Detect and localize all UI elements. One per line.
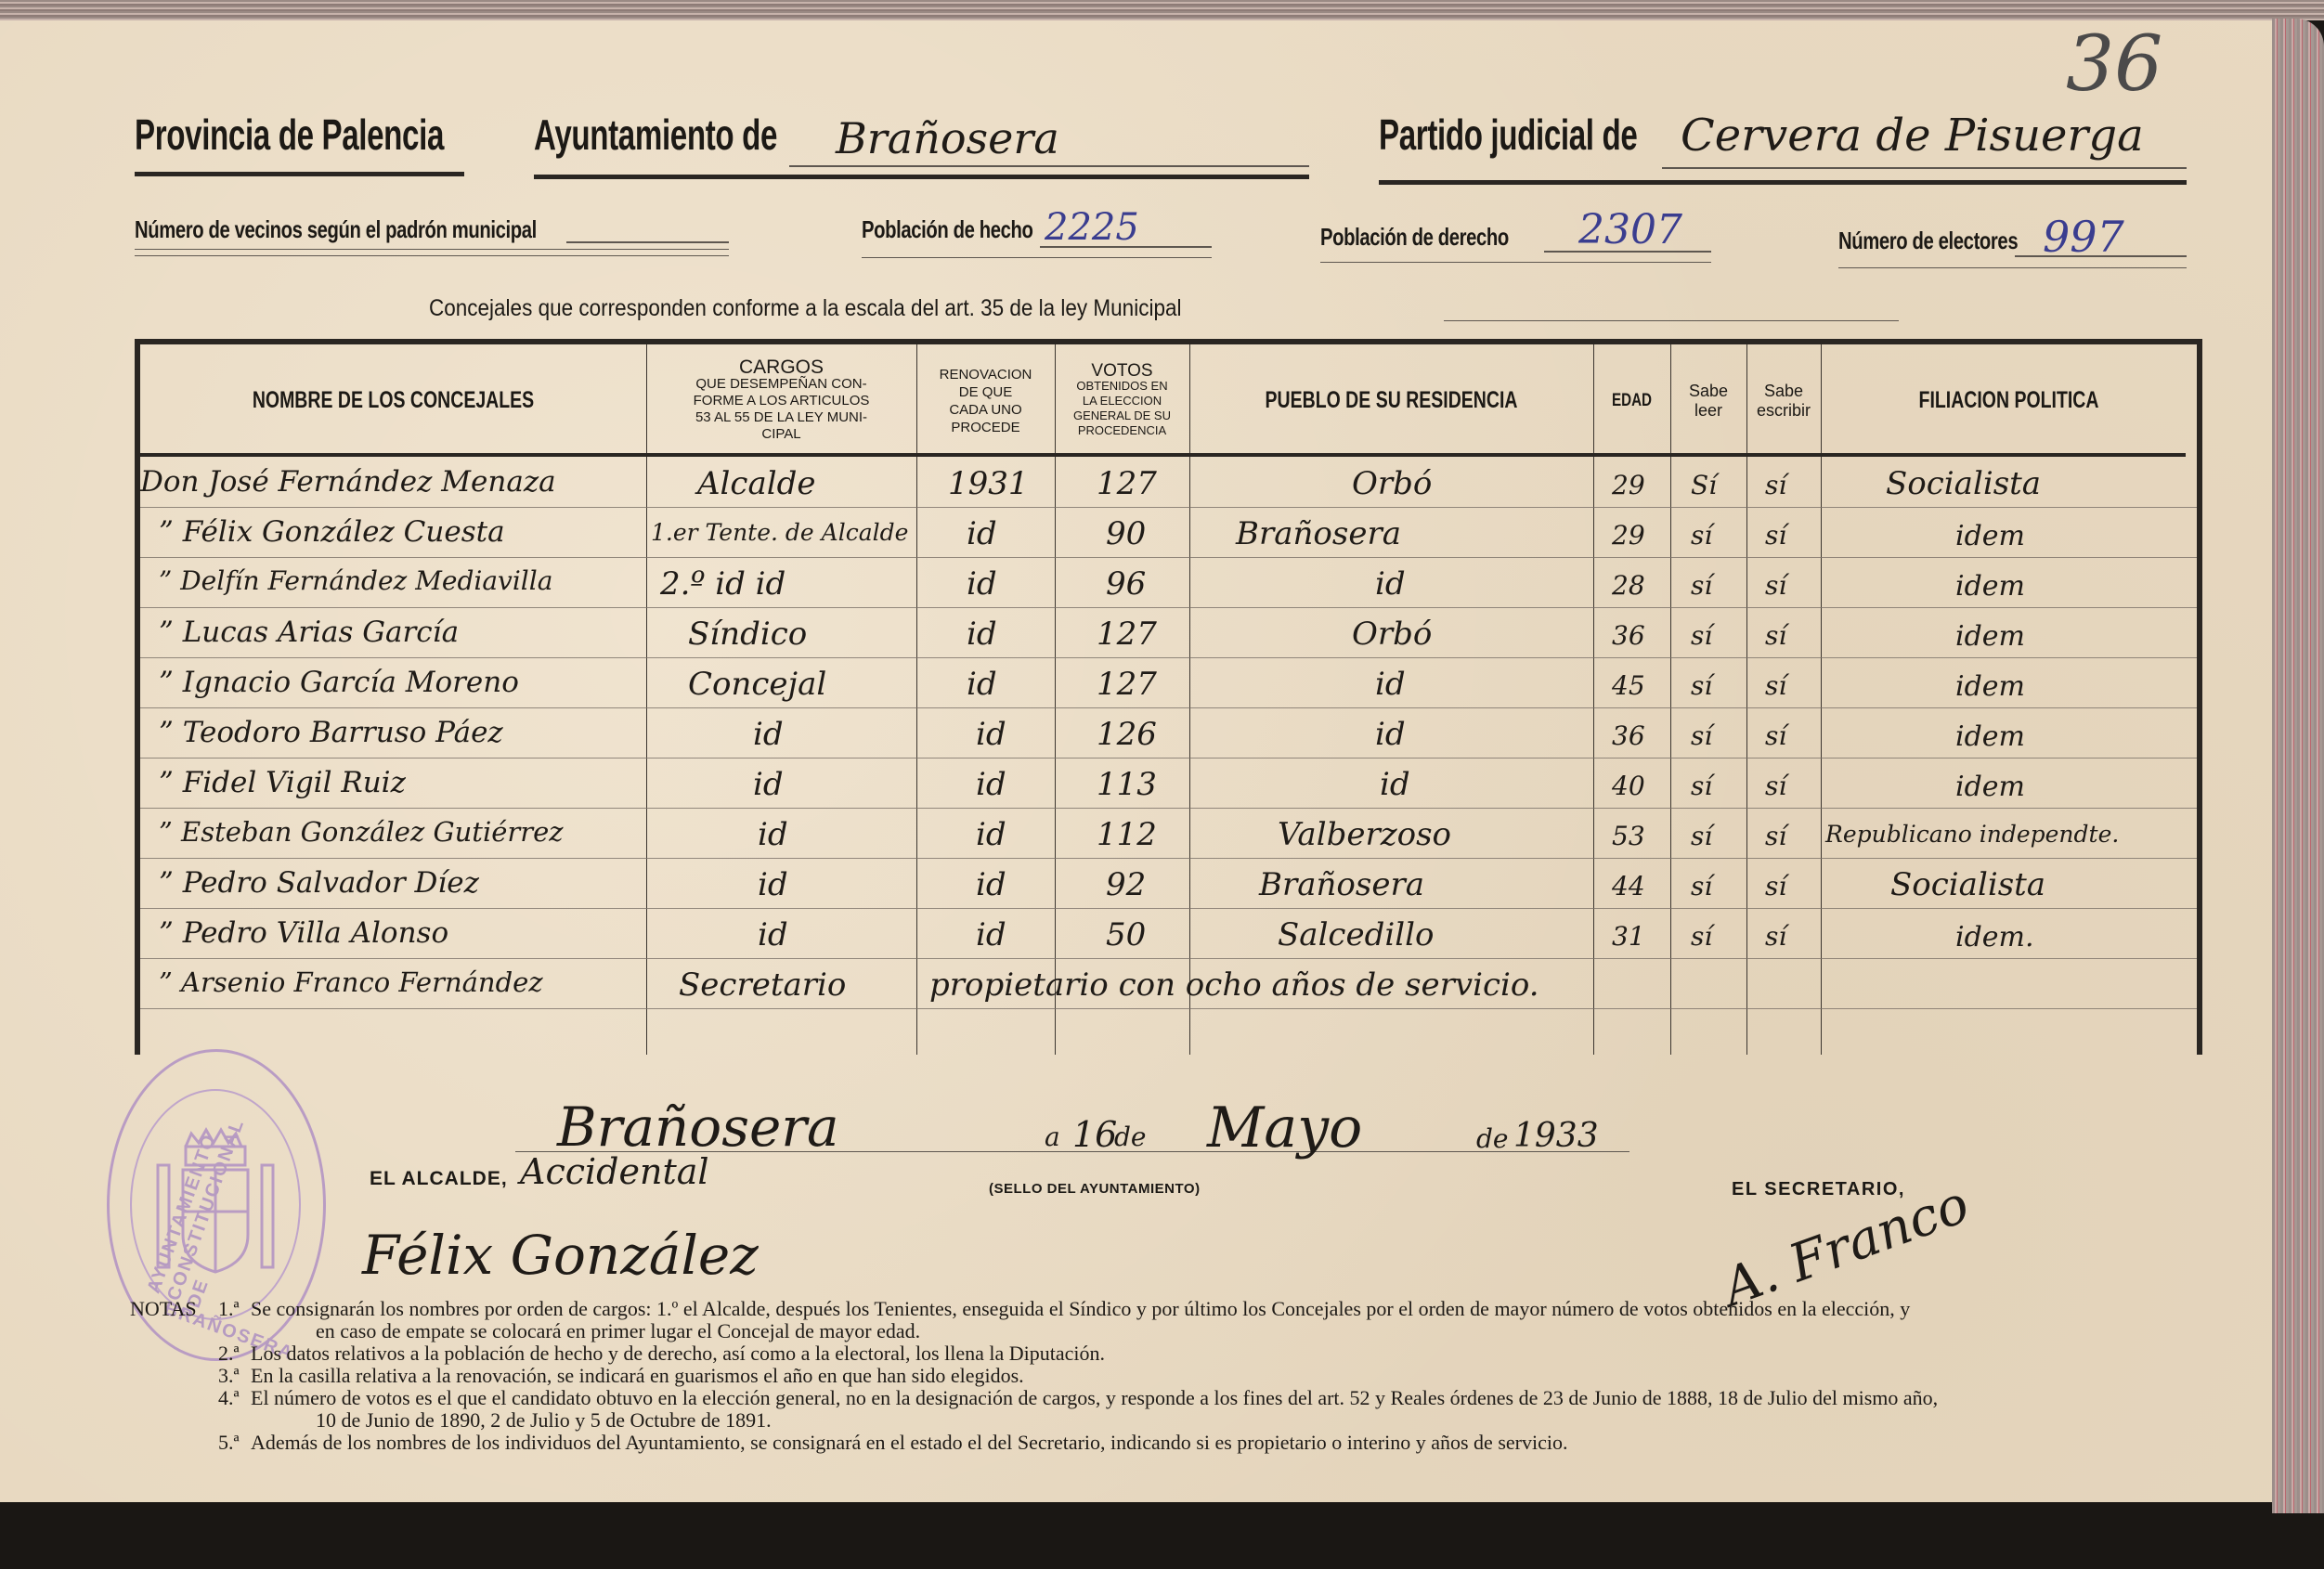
cell-cargo: Alcalde (697, 465, 816, 502)
date-de-1: de (1114, 1122, 1147, 1152)
cell-pueblo: id (1375, 716, 1406, 753)
cell-cargo: id (753, 716, 784, 753)
alcalde-label: EL ALCALDE, (370, 1168, 508, 1190)
note-text: El número de votos es el que el candidat… (251, 1386, 1938, 1409)
cell-escribir: sí (1765, 570, 1786, 601)
concejales-escala-line: Concejales que corresponden conforme a l… (429, 295, 1181, 322)
header-votos-line: OBTENIDOS EN (1076, 379, 1167, 394)
header-edad: EDAD (1601, 352, 1662, 449)
note-item: 1.ª Se consignarán los nombres por orden… (130, 1298, 1938, 1320)
cell-leer: sí (1691, 670, 1712, 701)
header-votos: VOTOS OBTENIDOS EN LA ELECCION GENERAL D… (1055, 352, 1189, 449)
header-cargos-line: FORME A LOS ARTICULOS (694, 393, 870, 409)
cell-nombre: ” Fidel Vigil Ruiz (159, 766, 406, 799)
row-rule (140, 808, 2197, 809)
note-number: 3.ª (218, 1365, 240, 1387)
col-divider (1189, 344, 1190, 1055)
cell-nombre: ” Esteban González Gutiérrez (159, 816, 564, 848)
cell-leer: sí (1691, 520, 1712, 551)
place-value: Brañosera (557, 1096, 839, 1159)
cell-renovacion: id (976, 916, 1006, 953)
book-page-edge-right (2272, 19, 2324, 1523)
header-leer-line: leer (1694, 401, 1722, 421)
cell-filiacion: idem (1955, 670, 2025, 703)
concejales-field-line (1444, 320, 1899, 321)
note-text: Además de los nombres de los individuos … (251, 1431, 1567, 1454)
note-text: En la casilla relativa a la renovación, … (251, 1364, 1024, 1387)
cell-escribir: sí (1765, 921, 1786, 952)
hecho-field-line (1040, 246, 1212, 248)
cell-leer: sí (1691, 821, 1712, 851)
cell-renovacion: id (967, 616, 997, 653)
cell-edad: 31 (1612, 921, 1645, 952)
cell-cargo: id (758, 916, 788, 953)
derecho-rule (1320, 262, 1711, 263)
header-renovacion-line: CADA UNO (949, 401, 1021, 419)
note-number: 4.ª (218, 1387, 240, 1409)
concejales-table: NOMBRE DE LOS CONCEJALES CARGOS QUE DESE… (135, 339, 2202, 1055)
cell-filiacion: idem (1955, 620, 2025, 653)
note-item: 4.ª El número de votos es el que el cand… (130, 1387, 1938, 1409)
cell-nombre: ” Delfín Fernández Mediavilla (159, 565, 552, 596)
cell-nombre: ” Lucas Arias García (159, 616, 459, 649)
electores-field-line (2015, 255, 2187, 257)
cell-renovacion: id (976, 866, 1006, 903)
header-votos-line: GENERAL DE SU (1073, 408, 1171, 423)
note-number: 5.ª (218, 1432, 240, 1454)
note-number: 1.ª (218, 1298, 240, 1320)
cell-pueblo: Brañosera (1236, 515, 1401, 552)
cell-votos: 127 (1097, 465, 1157, 502)
col-divider (1593, 344, 1594, 1055)
ayuntamiento-underline (534, 175, 1309, 179)
note-continuation: 10 de Junio de 1890, 2 de Julio y 5 de O… (130, 1409, 1938, 1432)
header-filiacion: FILIACION POLITICA (1863, 352, 2156, 449)
cell-nombre: Don José Fernández Menaza (140, 465, 556, 499)
cell-edad: 36 (1612, 620, 1645, 651)
header-escribir-line: Sabe (1764, 382, 1803, 401)
partido-field-line (1662, 167, 2187, 169)
cell-pueblo: Orbó (1352, 616, 1432, 653)
derecho-label: Población de derecho (1320, 223, 1509, 252)
cell-votos: 96 (1106, 565, 1146, 603)
header-renovacion-line: RENOVACION (940, 366, 1032, 383)
provincia-underline (135, 172, 464, 176)
vecinos-label: Número de vecinos según el padrón munici… (135, 215, 537, 244)
cell-cargo: Secretario (679, 966, 846, 1004)
cell-cargo: Síndico (688, 616, 807, 653)
note-item: 2.ª Los datos relativos a la población d… (130, 1342, 1938, 1365)
cell-escribir: sí (1765, 470, 1786, 500)
cell-filiacion: idem (1955, 570, 2025, 603)
cell-pueblo: id (1375, 565, 1406, 603)
header-cargos-line: CARGOS (739, 359, 824, 376)
cell-escribir: sí (1765, 871, 1786, 901)
secretario-label: EL SECRETARIO, (1732, 1179, 1905, 1200)
cell-votos: 92 (1106, 866, 1146, 903)
header-renovacion-line: DE QUE (959, 383, 1013, 401)
cell-edad: 36 (1612, 720, 1645, 751)
partido-underline (1379, 180, 2187, 185)
cell-filiacion: Socialista (1886, 465, 2041, 502)
electores-value: 997 (2043, 212, 2124, 262)
ayuntamiento-field-line (789, 165, 1309, 167)
cell-pueblo: id (1375, 666, 1406, 703)
book-page-edge-top (0, 0, 2324, 20)
cell-votos: 50 (1106, 916, 1146, 953)
electores-rule (1838, 267, 2187, 268)
cell-edad: 45 (1612, 670, 1645, 701)
col-divider (1055, 344, 1056, 1055)
row-rule (140, 758, 2197, 759)
cell-edad: 40 (1612, 771, 1645, 801)
cell-filiacion: idem (1955, 520, 2025, 552)
cell-filiacion: idem. (1955, 921, 2034, 953)
cell-leer: sí (1691, 570, 1712, 601)
cell-edad: 53 (1612, 821, 1645, 851)
cell-secretario-note: propietario con ocho años de servicio. (929, 966, 1539, 1004)
date-month: Mayo (1207, 1096, 1362, 1161)
cell-renovacion: id (976, 716, 1006, 753)
cell-nombre: ” Félix González Cuesta (159, 515, 505, 549)
cell-filiacion: idem (1955, 771, 2025, 803)
cell-pueblo: id (1380, 766, 1410, 803)
col-divider (916, 344, 917, 1055)
partido-value: Cervera de Pisuerga (1681, 110, 2144, 162)
header-cargos: CARGOS QUE DESEMPEÑAN CON- FORME A LOS A… (646, 352, 916, 449)
cell-nombre: ” Ignacio García Moreno (159, 666, 519, 699)
cell-edad: 29 (1612, 520, 1645, 551)
row-rule (140, 607, 2197, 608)
sello-label: (SELLO DEL AYUNTAMIENTO) (989, 1181, 1201, 1197)
date-year: 1933 (1513, 1117, 1599, 1155)
folio-number: 36 (2066, 20, 2162, 109)
hecho-value: 2225 (1045, 206, 1139, 249)
hecho-rule (862, 257, 1212, 258)
cell-votos: 127 (1097, 616, 1157, 653)
note-number: 2.ª (218, 1342, 240, 1365)
cell-pueblo: Salcedillo (1278, 916, 1434, 953)
cell-votos: 90 (1106, 515, 1146, 552)
row-rule (140, 858, 2197, 859)
cell-escribir: sí (1765, 720, 1786, 751)
date-day: 16 (1072, 1114, 1117, 1155)
note-item: 3.ª En la casilla relativa a la renovaci… (130, 1365, 1938, 1387)
vecinos-rule-1 (135, 249, 729, 250)
header-cargos-line: QUE DESEMPEÑAN CON- (695, 376, 866, 393)
cell-leer: sí (1691, 771, 1712, 801)
cell-leer: sí (1691, 720, 1712, 751)
note-continuation: en caso de empate se colocará en primer … (130, 1320, 1938, 1342)
cell-edad: 44 (1612, 871, 1645, 901)
cell-leer: sí (1691, 620, 1712, 651)
cell-filiacion: idem (1955, 720, 2025, 753)
cell-nombre: ” Arsenio Franco Fernández (159, 966, 543, 998)
row-rule (140, 1008, 2197, 1009)
vecinos-field-line (566, 241, 729, 243)
row-rule (140, 657, 2197, 658)
ayuntamiento-value: Brañosera (836, 113, 1059, 163)
row-rule (140, 707, 2197, 708)
cell-leer: Sí (1691, 470, 1717, 500)
cell-votos: 126 (1097, 716, 1157, 753)
header-underline (140, 453, 2186, 457)
scan-background (0, 1513, 2324, 1569)
note-text: Se consignarán los nombres por orden de … (251, 1297, 1910, 1320)
derecho-field-line (1544, 251, 1711, 253)
col-divider (646, 344, 647, 1055)
derecho-value: 2307 (1578, 206, 1682, 253)
cell-renovacion: id (976, 766, 1006, 803)
cell-leer: sí (1691, 921, 1712, 952)
note-item: 5.ª Además de los nombres de los individ… (130, 1432, 1938, 1454)
header-nombre: NOMBRE DE LOS CONCEJALES (196, 352, 591, 449)
cell-edad: 28 (1612, 570, 1645, 601)
cell-edad: 29 (1612, 470, 1645, 500)
alcalde-accidental: Accidental (520, 1151, 709, 1192)
header-cargos-line: 53 AL 55 DE LA LEY MUNI- (695, 409, 867, 426)
cell-escribir: sí (1765, 821, 1786, 851)
cell-escribir: sí (1765, 771, 1786, 801)
vecinos-rule-2 (135, 255, 729, 256)
header-pueblo: PUEBLO DE SU RESIDENCIA (1234, 352, 1549, 449)
cell-renovacion: 1931 (948, 465, 1029, 502)
date-de-2: de (1476, 1123, 1509, 1154)
date-a: a (1045, 1122, 1060, 1152)
header-renovacion-line: PROCEDE (951, 419, 1019, 436)
cell-cargo: 1.er Tente. de Alcalde (651, 519, 908, 546)
cell-nombre: ” Pedro Villa Alonso (159, 916, 448, 950)
row-rule (140, 507, 2197, 508)
cell-nombre: ” Teodoro Barruso Páez (159, 716, 503, 749)
cell-renovacion: id (967, 666, 997, 703)
cell-leer: sí (1691, 871, 1712, 901)
cell-votos: 127 (1097, 666, 1157, 703)
ayuntamiento-label: Ayuntamiento de (534, 110, 777, 160)
header-leer-line: Sabe (1689, 382, 1728, 401)
cell-pueblo: Valberzoso (1278, 816, 1451, 853)
cell-pueblo: Brañosera (1259, 866, 1424, 903)
header-votos-line: LA ELECCION (1083, 394, 1162, 408)
header-votos-line: VOTOS (1091, 364, 1152, 379)
cell-filiacion: Republicano independte. (1825, 821, 2119, 848)
row-rule (140, 958, 2197, 959)
cell-renovacion: id (967, 515, 997, 552)
hecho-label: Población de hecho (862, 215, 1033, 244)
note-text: Los datos relativos a la población de he… (251, 1342, 1105, 1365)
alcalde-signature: Félix González (362, 1224, 759, 1287)
cell-escribir: sí (1765, 670, 1786, 701)
header-escribir-line: escribir (1757, 401, 1811, 421)
cell-cargo: Concejal (688, 666, 826, 703)
cell-renovacion: id (967, 565, 997, 603)
header-sabe-escribir: Sabe escribir (1746, 352, 1821, 449)
cell-renovacion: id (976, 816, 1006, 853)
cell-votos: 112 (1097, 816, 1157, 853)
provincia-label: Provincia de Palencia (135, 110, 444, 160)
cell-cargo: id (758, 816, 788, 853)
cell-cargo: id (758, 866, 788, 903)
cell-cargo: id (753, 766, 784, 803)
cell-votos: 113 (1097, 766, 1157, 803)
cell-pueblo: Orbó (1352, 465, 1432, 502)
cell-escribir: sí (1765, 620, 1786, 651)
notes-section: NOTAS 1.ª Se consignarán los nombres por… (130, 1298, 1938, 1454)
electores-label: Número de electores (1838, 227, 2018, 255)
col-divider (1821, 344, 1822, 1055)
header-sabe-leer: Sabe leer (1670, 352, 1746, 449)
header-renovacion: RENOVACION DE QUE CADA UNO PROCEDE (916, 352, 1055, 449)
partido-label: Partido judicial de (1379, 110, 1637, 160)
cell-cargo: 2.º id id (660, 565, 785, 603)
cell-filiacion: Socialista (1890, 866, 2045, 903)
header-votos-line: PROCEDENCIA (1078, 423, 1166, 438)
header-cargos-line: CIPAL (761, 426, 800, 443)
cell-nombre: ” Pedro Salvador Díez (159, 866, 479, 900)
col-divider (1670, 344, 1671, 1055)
row-rule (140, 557, 2197, 558)
cell-escribir: sí (1765, 520, 1786, 551)
col-divider (1746, 344, 1747, 1055)
row-rule (140, 908, 2197, 909)
